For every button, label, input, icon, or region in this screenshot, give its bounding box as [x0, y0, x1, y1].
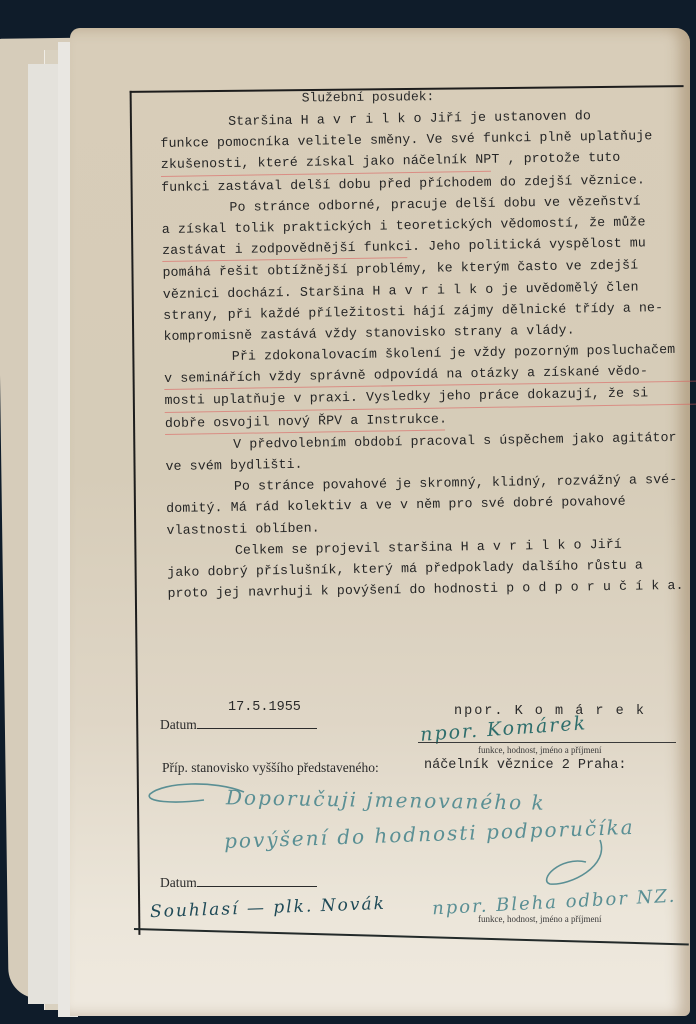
date-field: Datum	[160, 716, 317, 733]
date-value: 17.5.1955	[228, 700, 301, 715]
superior-date-underline	[197, 874, 317, 887]
page-edge	[28, 64, 58, 1004]
superior-opinion-label: Příp. stanovisko vyššího představeného:	[162, 760, 379, 776]
date-underline	[197, 716, 317, 729]
date-label: Datum	[160, 717, 197, 732]
signer-function: náčelník věznice 2 Praha:	[424, 758, 627, 773]
signature-caption: funkce, hodnost, jméno a příjmení	[478, 745, 601, 755]
signature-line	[418, 742, 676, 743]
assessment-body: Staršina H a v r i l k o Jiří je ustanov…	[160, 104, 696, 605]
superior-date-label: Datum	[160, 875, 197, 890]
superior-signature-caption: funkce, hodnost, jméno a příjmení	[478, 914, 601, 924]
superior-date-field: Datum	[160, 874, 317, 891]
signature-loop	[540, 836, 610, 896]
